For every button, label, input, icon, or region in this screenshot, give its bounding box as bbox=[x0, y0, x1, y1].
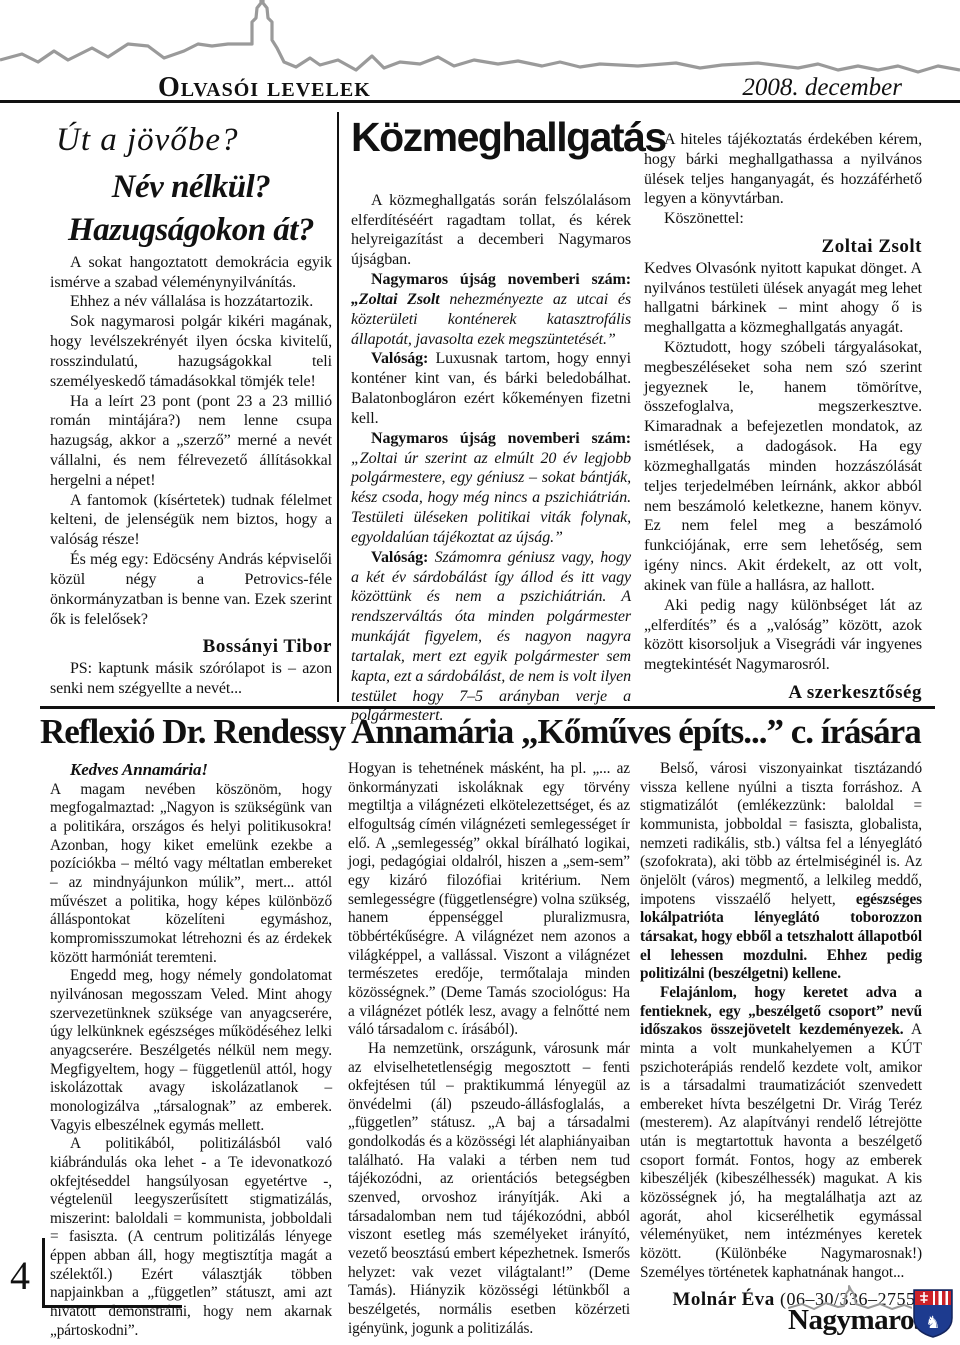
letter-paragraph: És még egy: Edöcsény András képviselői k… bbox=[50, 550, 332, 629]
reflection-paragraph: Felajánlom, hogy keretet adva a fentiekn… bbox=[640, 984, 922, 1283]
reality-text: Számomra géniusz vagy, hogy a két év sár… bbox=[351, 549, 631, 725]
issue-date: 2008. december bbox=[742, 74, 902, 102]
hearing-intro: A közmeghallgatás során felszólalásom el… bbox=[351, 191, 631, 270]
reply-paragraph: Köztudott, hogy szóbeli tárgyalásokat, m… bbox=[644, 338, 922, 596]
section-divider-rule bbox=[40, 706, 935, 709]
reply-signature: A szerkesztőség bbox=[644, 681, 922, 705]
nagymaros-logo: Nagymaros ♞ bbox=[788, 1282, 954, 1340]
column-divider bbox=[337, 112, 339, 702]
coat-of-arms-icon: ♞ bbox=[912, 1288, 954, 1338]
reflection-paragraph: A magam nevében köszönöm, hogy megfogalm… bbox=[50, 781, 332, 968]
hearing-column: Közmeghallgatás A közmeghallgatás során … bbox=[351, 112, 631, 726]
reality-label: Valóság: bbox=[371, 549, 428, 566]
claim-label: Nagymaros újság novemberi szám: bbox=[371, 430, 631, 447]
skyline-icon bbox=[0, 0, 960, 80]
letter-title-line2: Hazugságokon át? bbox=[50, 210, 332, 251]
logo-text: Nagymaros bbox=[788, 1304, 925, 1337]
hearing-title: Közmeghallgatás bbox=[351, 112, 631, 163]
claim-quote: „Zoltai úr szerint az elmúlt 20 év legjo… bbox=[351, 450, 631, 546]
letter-title-line1: Név nélkül? bbox=[50, 167, 332, 208]
hearing-request: A hiteles tájékoztatás érdekében kérem, … bbox=[644, 130, 922, 209]
reply-column: A hiteles tájékoztatás érdekében kérem, … bbox=[644, 130, 922, 705]
letter-paragraph: A sokat hangoztatott demokrácia egyik is… bbox=[50, 253, 332, 293]
reflection-paragraph: Belső, városi viszonyainkat tisztázandó … bbox=[640, 760, 922, 984]
reflection-paragraph: Ha nemzetünk, országunk, városunk már az… bbox=[348, 1040, 630, 1339]
newspaper-page: Olvasói levelek 2008. december Út a jövő… bbox=[0, 0, 960, 1345]
letter-ps: PS: kaptunk másik szórólapot is – azon s… bbox=[50, 659, 332, 699]
reflection-text: A minta a volt munkahelyemen a KÚT pszic… bbox=[640, 1021, 922, 1281]
letter-paragraph: Ha a leírt 23 pont (pont 23 a 23 millió … bbox=[50, 392, 332, 491]
letter-paragraph: A fantomok (kísértetek) tudnak félelmet … bbox=[50, 491, 332, 550]
letter-paragraph: Sok nagymarosi polgár kikéri magának, ho… bbox=[50, 312, 332, 391]
letter-column: Út a jövőbe? Név nélkül? Hazugságokon át… bbox=[50, 120, 332, 699]
reflection-text-bold: Felajánlom, hogy keretet adva a fentiekn… bbox=[640, 984, 922, 1038]
corner-rule-horizontal bbox=[42, 1305, 182, 1308]
reflection-paragraph: Engedd meg, hogy némely gondolatomat nyi… bbox=[50, 967, 332, 1135]
letter-title-top: Út a jövőbe? bbox=[56, 120, 332, 161]
hearing-reality1: Valóság: Luxusnak tartom, hogy ennyi kon… bbox=[351, 349, 631, 428]
hearing-claim2: Nagymaros újság novemberi szám: „Zoltai … bbox=[351, 429, 631, 548]
header-rule bbox=[0, 100, 960, 103]
reflection-salutation: Kedves Annamária! bbox=[50, 760, 332, 781]
reflection-headline: Reflexió Dr. Rendessy Annamária „Kőműves… bbox=[40, 712, 920, 752]
reply-paragraph: Aki pedig nagy különbséget lát az „elfer… bbox=[644, 596, 922, 675]
signature-name: Molnár Éva bbox=[672, 1289, 774, 1310]
corner-rule-vertical bbox=[42, 1238, 45, 1308]
hearing-reality2: Valóság: Számomra géniusz vagy, hogy a k… bbox=[351, 548, 631, 726]
page-number: 4 bbox=[10, 1252, 30, 1299]
reflection-text: Belső, városi viszonyainkat tisztázandó … bbox=[640, 760, 922, 908]
claim-name: „Zoltai Zsolt bbox=[351, 291, 440, 308]
reply-paragraph: Kedves Olvasónk nyitott kapukat dönget. … bbox=[644, 259, 922, 338]
letter-signature: Bossányi Tibor bbox=[50, 635, 332, 659]
claim-label: Nagymaros újság novemberi szám: bbox=[371, 271, 631, 288]
reflection-column-2: Hogyan is tehetnének másként, ha pl. „..… bbox=[348, 760, 630, 1338]
hearing-signature: Zoltai Zsolt bbox=[644, 235, 922, 259]
hearing-claim1: Nagymaros újság novemberi szám: „Zoltai … bbox=[351, 270, 631, 349]
reflection-column-3: Belső, városi viszonyainkat tisztázandó … bbox=[640, 760, 922, 1312]
reflection-paragraph: Hogyan is tehetnének másként, ha pl. „..… bbox=[348, 760, 630, 1040]
reality-label: Valóság: bbox=[371, 350, 428, 367]
reflection-column-1: Kedves Annamária! A magam nevében köszön… bbox=[50, 760, 332, 1340]
reflection-paragraph: A politikából, politizálásból való kiábr… bbox=[50, 1135, 332, 1340]
letter-paragraph: Ehhez a név vállalása is hozzátartozik. bbox=[50, 292, 332, 312]
svg-text:♞: ♞ bbox=[925, 1313, 940, 1333]
hearing-closing: Köszönettel: bbox=[644, 209, 922, 229]
